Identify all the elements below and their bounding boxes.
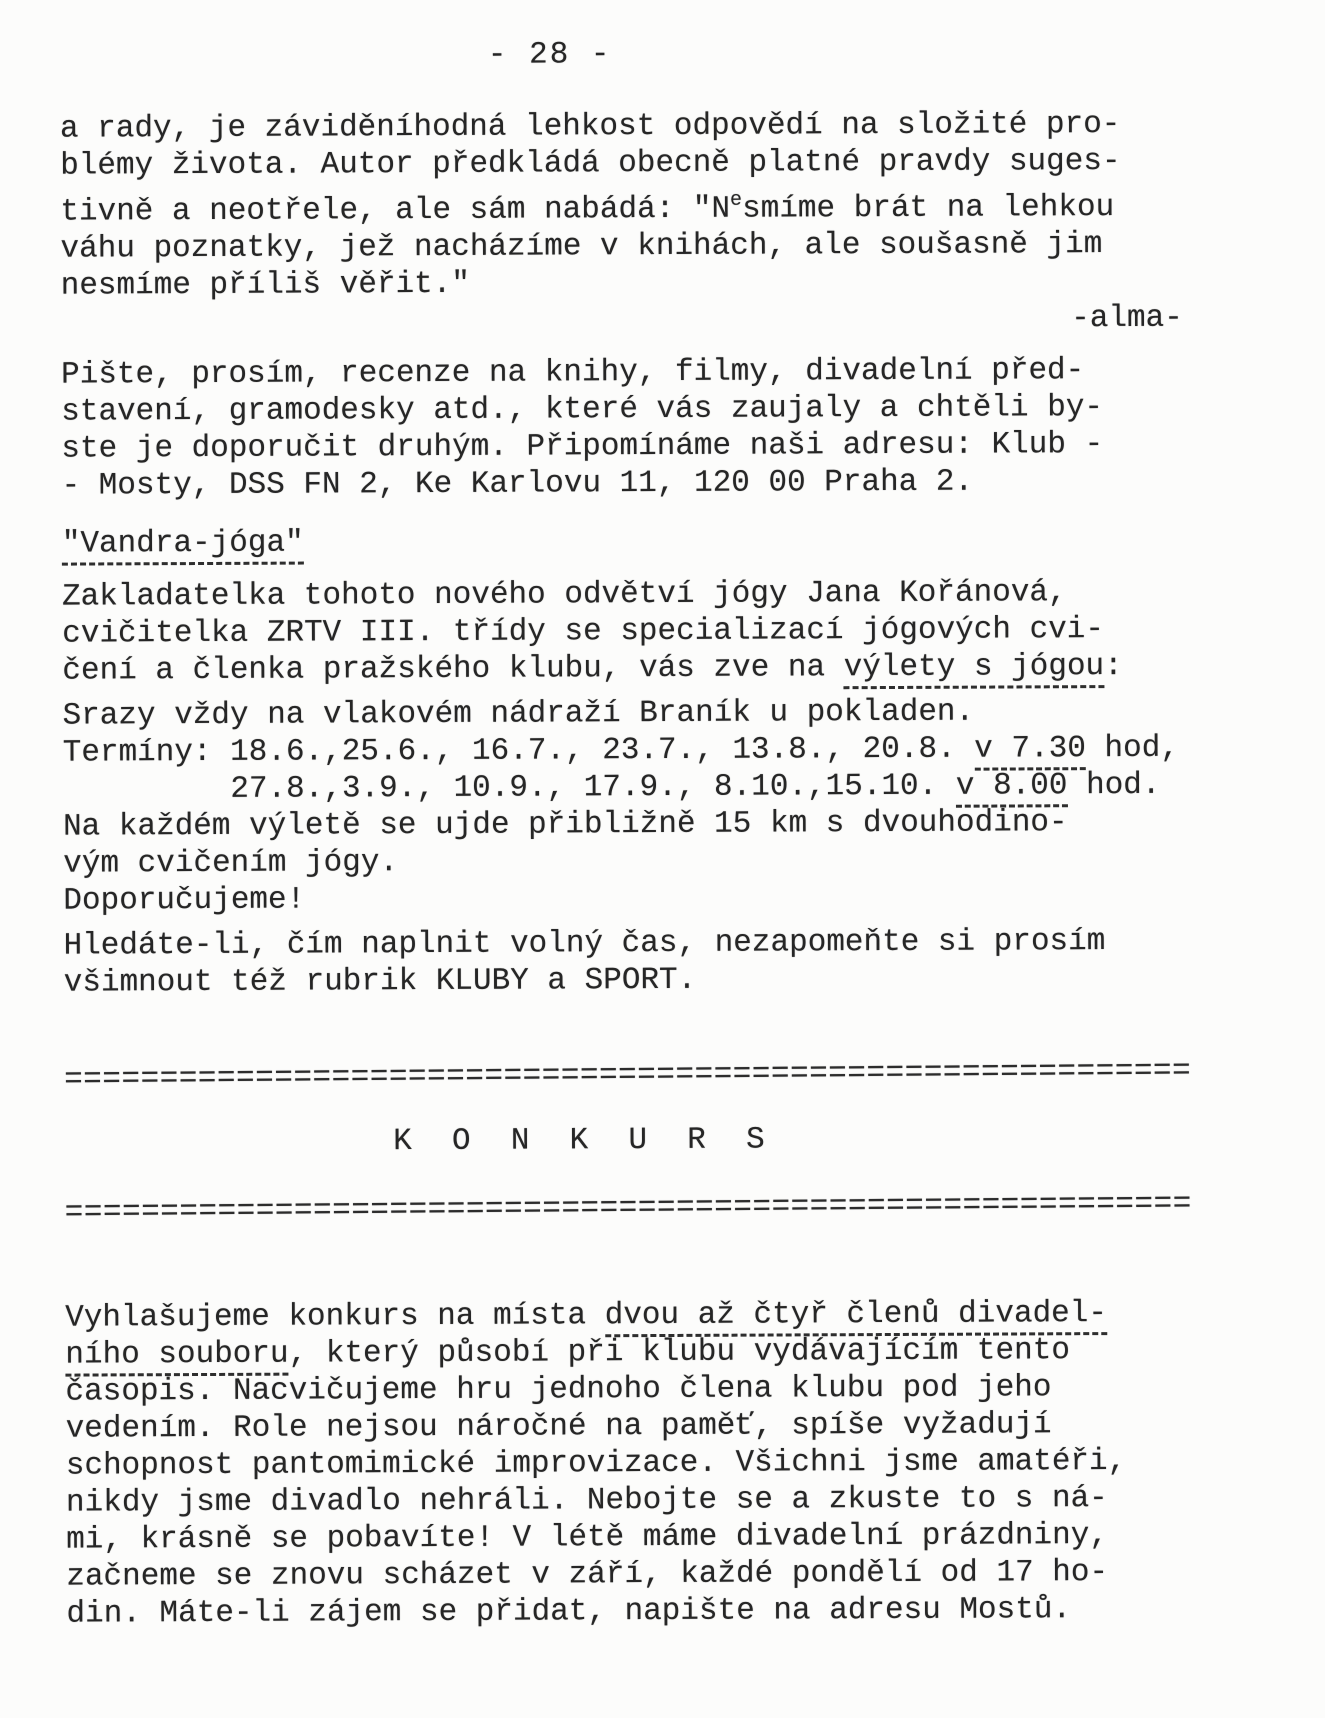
text-line: ste je doporučit druhým. Připomínáme naš… xyxy=(61,425,1283,467)
text-line: Pište, prosím, recenze na knihy, filmy, … xyxy=(61,351,1283,393)
text-line: - Mosty, DSS FN 2, Ke Karlovu 11, 120 00… xyxy=(61,462,1283,504)
text-line: Srazy vždy na vlakovém nádraží Braník u … xyxy=(62,692,1284,734)
text-line: din. Máte-li zájem se přidat, napište na… xyxy=(66,1590,1288,1632)
text-line: čení a členka pražského klubu, vás zve n… xyxy=(62,647,1284,689)
text-line: Termíny: 18.6.,25.6., 16.7., 23.7., 13.8… xyxy=(63,729,1285,771)
paragraph-review: a rady, je záviděníhodná lehkost odpověd… xyxy=(60,105,1283,304)
paragraph-free-time-tip: Hledáte-li, čím naplnit volný čas, nezap… xyxy=(63,922,1285,1001)
text-line: Vyhlašujeme konkurs na místa dvou až čty… xyxy=(65,1294,1287,1336)
text-line: všimnout též rubrik KLUBY a SPORT. xyxy=(64,959,1286,1001)
text-line: tivně a neotřele, ale sám nabádá: "Nesmí… xyxy=(60,179,1282,230)
text-line: cvičitelka ZRTV III. třídy se specializa… xyxy=(62,610,1284,652)
paragraph-vandra-schedule: Srazy vždy na vlakovém nádraží Braník u … xyxy=(62,692,1285,919)
text-line: Doporučujeme! xyxy=(63,877,1285,919)
text-line: schopnost pantomimické improvizace. Všic… xyxy=(66,1442,1288,1484)
text-line: začneme se znovu scházet v září, každé p… xyxy=(66,1553,1288,1595)
divider-bottom: ========================================… xyxy=(65,1185,1287,1232)
text-line: stavení, gramodesky atd., které vás zauj… xyxy=(61,388,1283,430)
text-line: časopis. Nacvičujeme hru jednoho člena k… xyxy=(65,1368,1287,1410)
text-line: ního souboru, který působí při klubu vyd… xyxy=(65,1331,1287,1373)
text-line: 27.8.,3.9., 10.9., 17.9., 8.10.,15.10. v… xyxy=(63,766,1285,808)
paragraph-konkurs-body: Vyhlašujeme konkurs na místa dvou až čty… xyxy=(65,1294,1288,1632)
heading-vandra-joga: "Vandra-jóga" xyxy=(62,520,1284,562)
page-number: - 28 - xyxy=(60,34,1040,75)
signature-alma: -alma- xyxy=(61,299,1283,341)
heading-konkurs: K O N K U R S xyxy=(64,1120,1094,1161)
text-line: blémy života. Autor předkládá obecně pla… xyxy=(60,142,1282,184)
text-line: mi, krásně se pobavíte! V létě máme diva… xyxy=(66,1516,1288,1558)
text-line: Hledáte-li, čím naplnit volný čas, nezap… xyxy=(63,922,1285,964)
text-line: a rady, je záviděníhodná lehkost odpověd… xyxy=(60,105,1282,147)
heading-vandra-joga-text: "Vandra-jóga" xyxy=(62,526,304,566)
paragraph-vandra-intro: Zakladatelka tohoto nového odvětví jógy … xyxy=(62,573,1284,689)
text-line: nikdy jsme divadlo nehráli. Nebojte se a… xyxy=(66,1479,1288,1521)
paragraph-appeal: Pište, prosím, recenze na knihy, filmy, … xyxy=(61,351,1284,504)
text-line: váhu poznatky, jež nacházíme v knihách, … xyxy=(60,225,1282,267)
text-line: nesmíme příliš věřit." xyxy=(61,262,1283,304)
divider-top: ========================================… xyxy=(64,1052,1286,1099)
text-line: Na každém výletě se ujde přibližně 15 km… xyxy=(63,803,1285,845)
text-line: vým cvičením jógy. xyxy=(63,840,1285,882)
text-line: vedením. Role nejsou náročné na paměť, s… xyxy=(66,1405,1288,1447)
document-page: - 28 - a rady, je záviděníhodná lehkost … xyxy=(0,0,1325,1718)
text-line: Zakladatelka tohoto nového odvětví jógy … xyxy=(62,573,1284,615)
page-content: - 28 - a rady, je záviděníhodná lehkost … xyxy=(0,0,1325,1633)
